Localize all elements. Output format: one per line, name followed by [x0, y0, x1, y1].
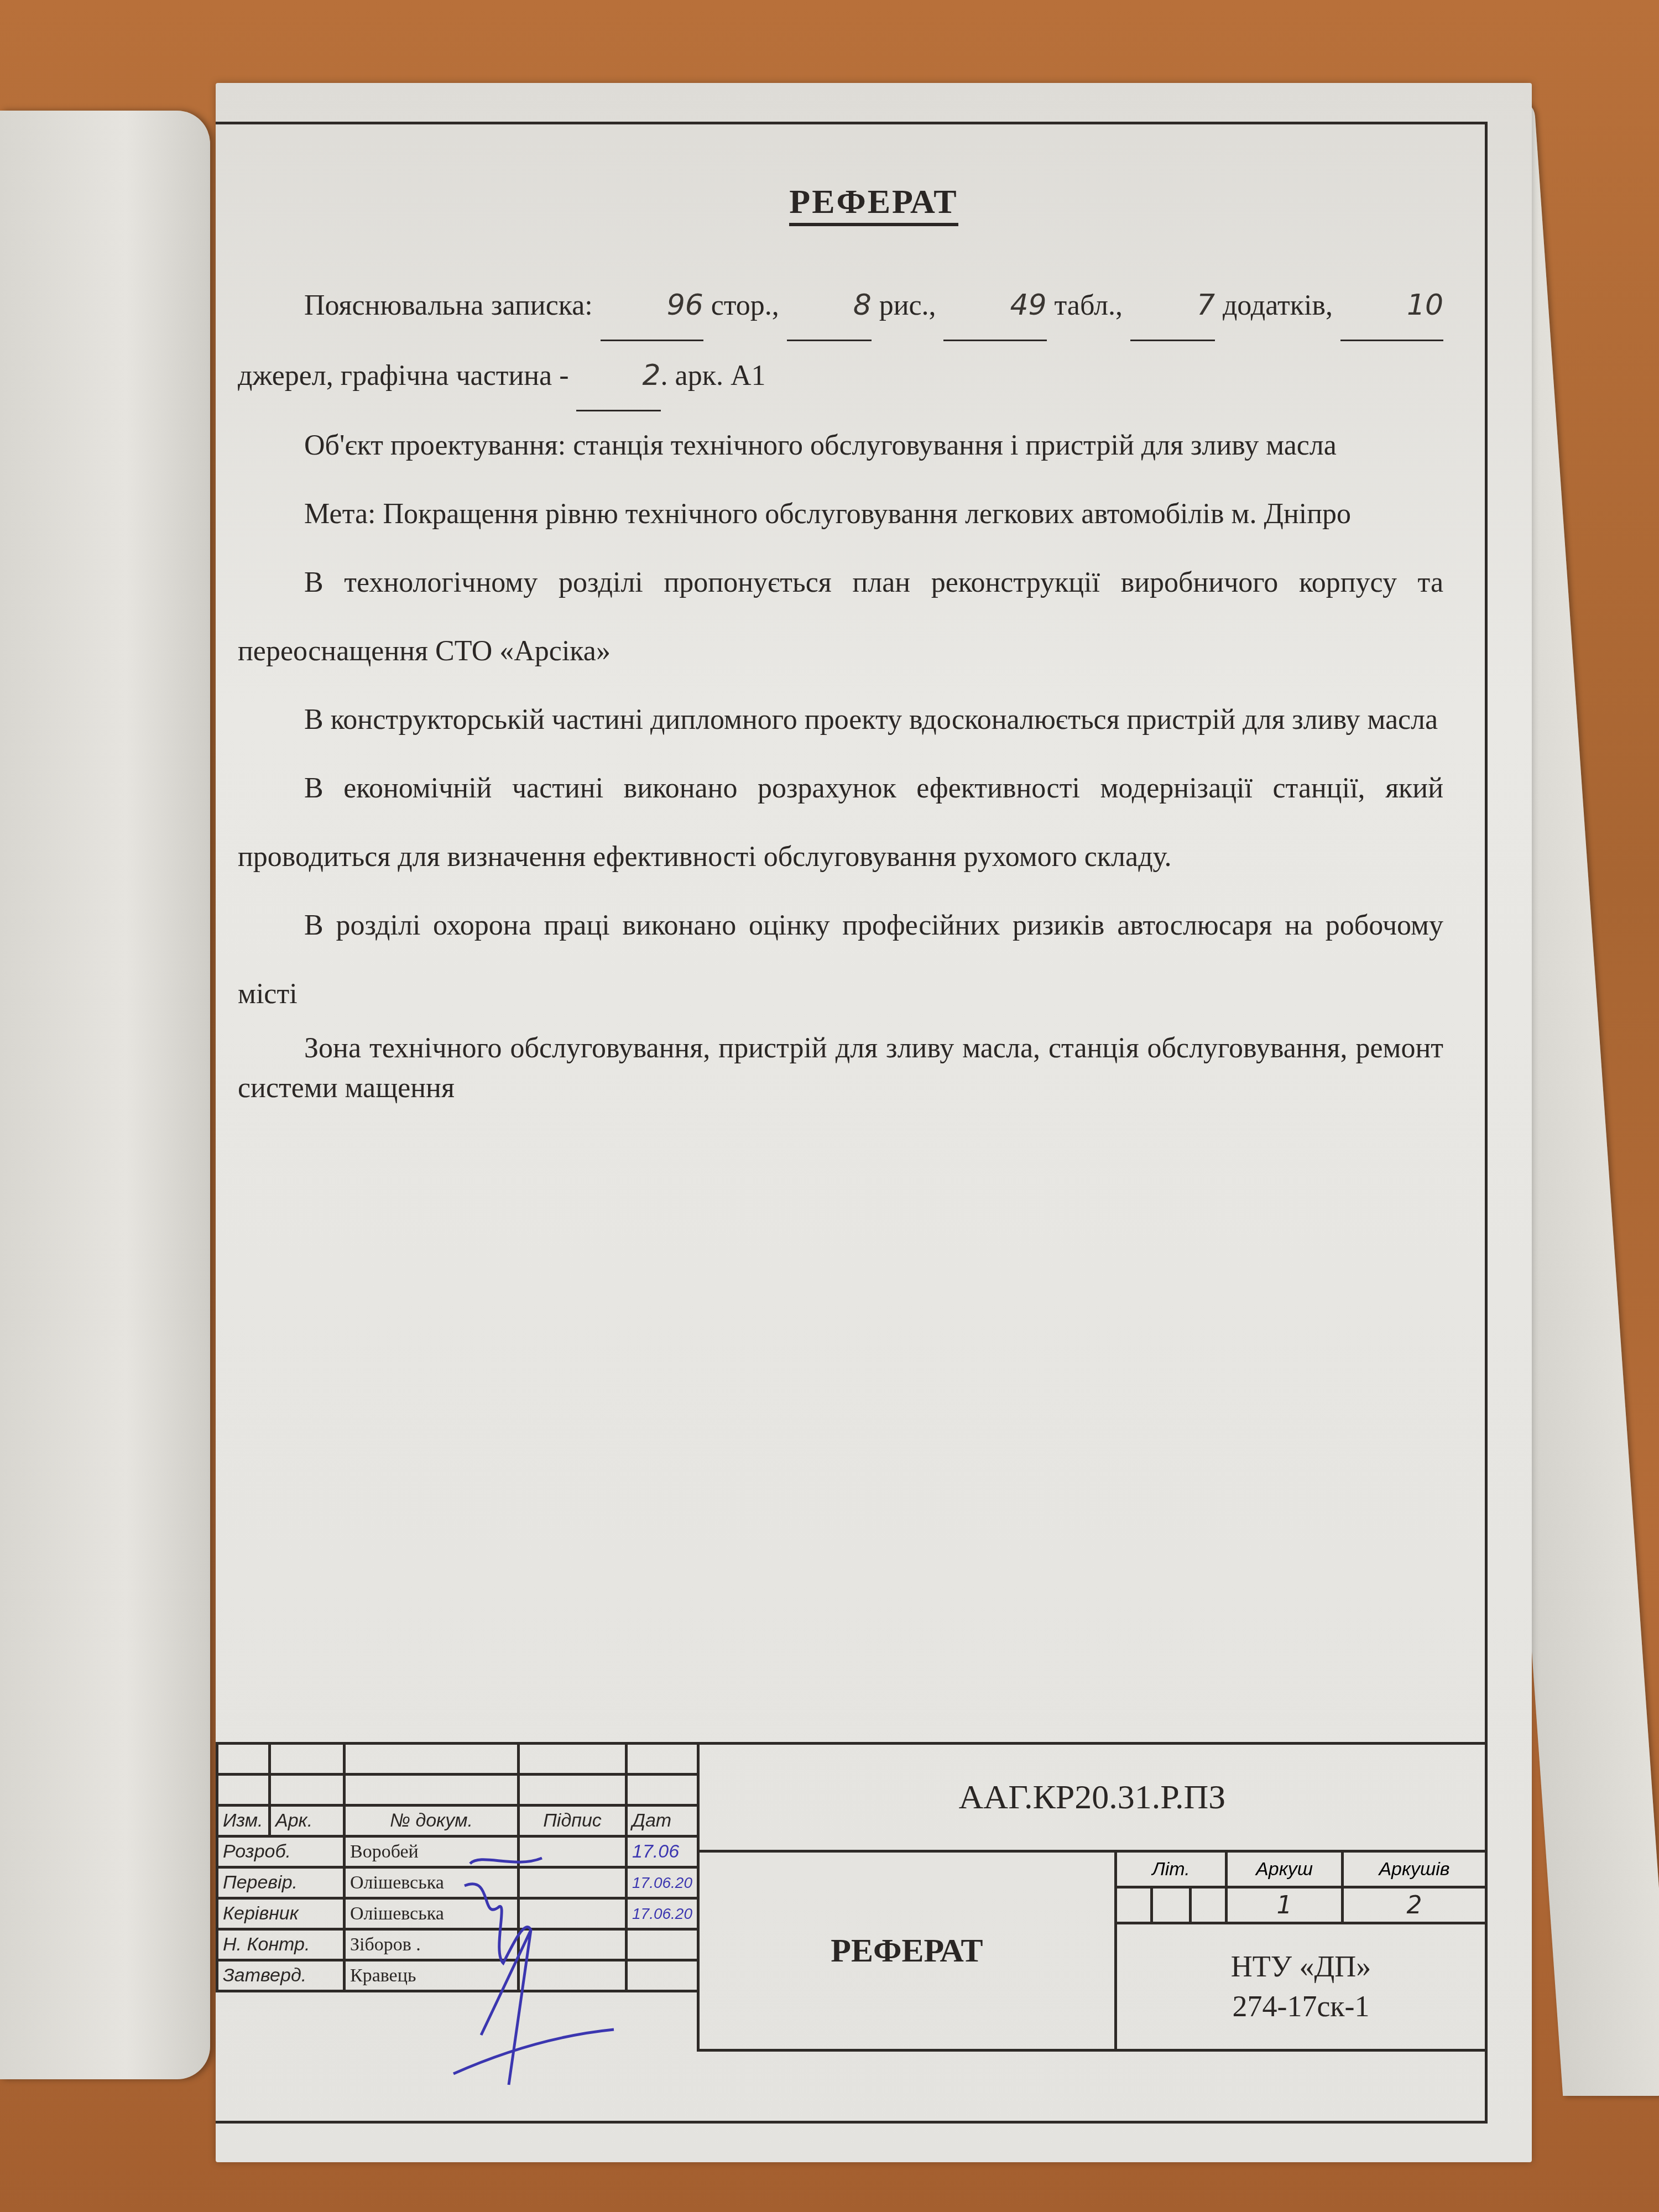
group-code: 274-17ск-1: [1117, 1986, 1485, 2026]
title-block: Изм. Арк. № докум. Підпис Дат Розроб. Во…: [216, 1742, 1488, 2052]
page-title: РЕФЕРАТ: [216, 182, 1532, 222]
paragraph-safety: В розділі охорона праці виконано оцінку …: [238, 891, 1443, 1029]
sheet-value: 1: [1228, 1888, 1344, 1922]
header-sheet: Арк.: [270, 1806, 345, 1837]
sheets-label: Аркушів: [1344, 1853, 1485, 1886]
pages-count: 96: [601, 271, 703, 341]
sheet-info: Літ. Аркуш Аркушів 1 2 НТУ «ДП» 274-17ск…: [1114, 1850, 1488, 2052]
figures-count: 8: [787, 271, 872, 341]
paragraph-technology: В технологічному розділі пропонується пл…: [238, 549, 1443, 686]
header-signature: Підпис: [519, 1806, 627, 1837]
signature-scribble-icon: [448, 1853, 630, 2107]
paragraph-design: В конструкторській частині дипломного пр…: [238, 686, 1443, 754]
header-change: Изм.: [217, 1806, 270, 1837]
document-page: РЕФЕРАТ Пояснювальна записка: 96 стор., …: [216, 83, 1532, 2162]
tables-count: 49: [943, 271, 1046, 341]
document-name: РЕФЕРАТ: [697, 1850, 1117, 2052]
summary-line: Пояснювальна записка: 96 стор., 8 рис., …: [238, 271, 1443, 411]
sheets-value: 2: [1344, 1888, 1485, 1922]
appendices-count: 7: [1130, 271, 1215, 341]
paragraph-economics: В економічній частині виконано розрахуно…: [238, 754, 1443, 891]
paragraph-object: Об'єкт проектування: станція технічного …: [238, 411, 1443, 480]
header-doc-no: № докум.: [345, 1806, 519, 1837]
organization: НТУ «ДП»: [1117, 1947, 1485, 1986]
header-date: Дат: [627, 1806, 698, 1837]
document-code: ААГ.КР20.31.Р.ПЗ: [697, 1742, 1488, 1853]
abstract-body: Пояснювальна записка: 96 стор., 8 рис., …: [238, 271, 1443, 1108]
paragraph-goal: Мета: Покращення рівню технічного обслуг…: [238, 480, 1443, 549]
left-page-previous-sheet: [0, 111, 210, 2079]
sources-count: 10: [1340, 271, 1443, 341]
sheets-count: 2: [576, 341, 661, 411]
keywords: Зона технічного обслуговування, пристрій…: [238, 1029, 1443, 1108]
sheet-label: Аркуш: [1228, 1853, 1344, 1886]
lit-label: Літ.: [1117, 1853, 1228, 1886]
